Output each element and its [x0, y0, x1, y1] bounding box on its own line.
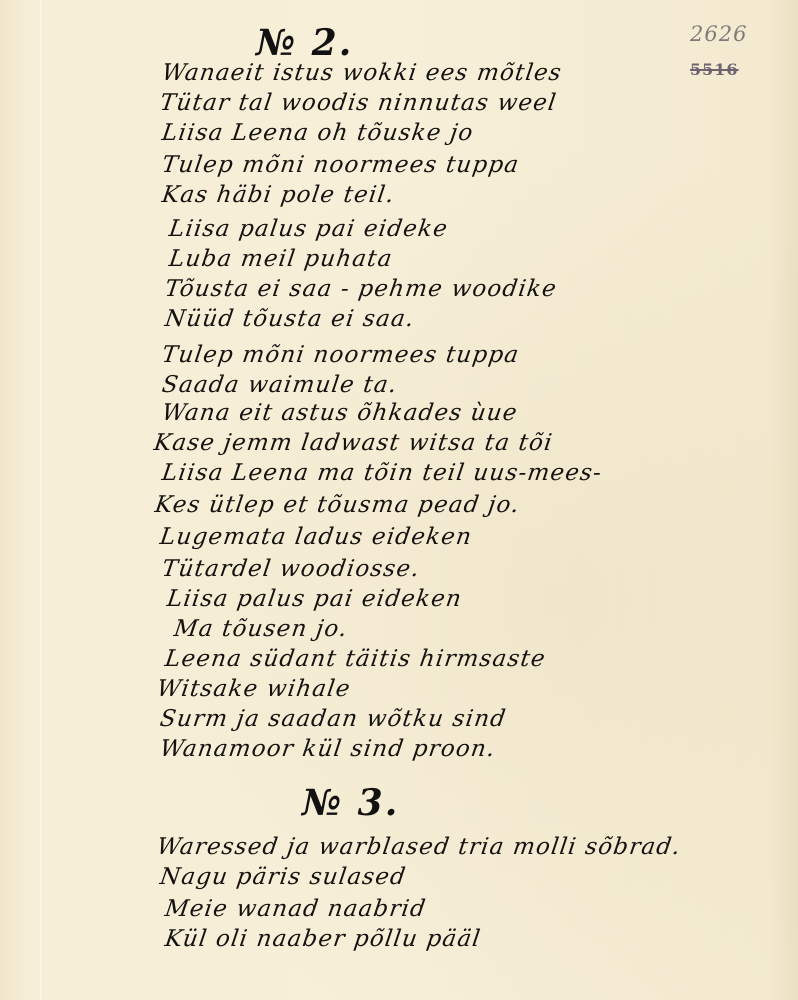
manuscript-page: 2626 5516 № 2. Wanaeit istus wokki ees m…: [0, 0, 798, 1000]
struck-old-number: 5516: [690, 60, 739, 79]
verse-line: Wana eit astus õhkades ùue: [160, 398, 520, 428]
verse-line: Saada waimule ta.: [160, 370, 399, 400]
verse-line: Waressed ja warblased tria molli sõbrad.: [155, 832, 683, 862]
verse-line: Nagu päris sulased: [158, 862, 408, 892]
verse-line: Tütar tal woodis ninnutas weel: [158, 88, 559, 118]
verse-line: Kül oli naaber põllu pääl: [163, 924, 483, 954]
verse-line: Leena südant täitis hirmsaste: [163, 644, 548, 674]
verse-line: Wanamoor kül sind proon.: [158, 734, 498, 764]
verse-line: Kase jemm ladwast witsa ta tõi: [152, 428, 555, 458]
verse-line: Kas häbi pole teil.: [160, 180, 397, 210]
verse-line: Lugemata ladus eideken: [158, 522, 474, 552]
section-heading-3: № 3.: [302, 782, 399, 824]
verse-line: Tõusta ei saa - pehme woodike: [163, 274, 559, 304]
verse-line: Wanaeit istus wokki ees mõtles: [160, 58, 564, 88]
verse-line: Surm ja saadan wõtku sind: [158, 704, 508, 734]
verse-line: Tulep mõni noormees tuppa: [160, 150, 521, 180]
verse-line: Liisa Leena oh tõuske jo: [160, 118, 476, 148]
archive-number: 2626: [690, 22, 747, 46]
verse-line: Kes ütlep et tõusma pead jo.: [153, 490, 522, 520]
verse-line: Meie wanad naabrid: [163, 894, 428, 924]
verse-line: Tulep mõni noormees tuppa: [160, 340, 521, 370]
verse-line: Liisa palus pai eideke: [167, 214, 450, 244]
verse-line: Witsake wihale: [155, 674, 353, 704]
verse-line: Liisa Leena ma tõin teil uus-mees-: [160, 458, 604, 488]
paper-fold-line: [40, 0, 42, 1000]
verse-line: Luba meil puhata: [167, 244, 395, 274]
verse-line: Nüüd tõusta ei saa.: [163, 304, 417, 334]
verse-line: Ma tõusen jo.: [172, 614, 350, 644]
verse-line: Liisa palus pai eideken: [165, 584, 464, 614]
verse-line: Tütardel woodiosse.: [160, 554, 422, 584]
